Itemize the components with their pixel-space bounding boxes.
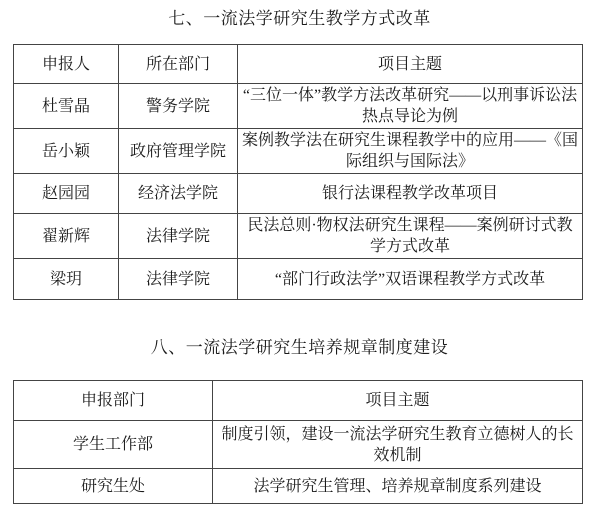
column-header-applicant: 申报人 [14, 45, 119, 84]
topic-cell: 制度引领，建设一流法学研究生教育立德树人的长效机制 [213, 421, 583, 469]
table-row: 学生工作部 制度引领，建设一流法学研究生教育立德树人的长效机制 [14, 421, 583, 469]
section-8-title: 八、一流法学研究生培养规章制度建设 [0, 300, 599, 356]
department-cell: 学生工作部 [14, 421, 213, 469]
applicant-cell: 岳小颖 [14, 129, 119, 174]
section-7-title: 七、一流法学研究生教学方式改革 [0, 0, 599, 27]
table-header-row: 申报人 所在部门 项目主题 [14, 45, 583, 84]
table-row: 梁玥 法律学院 “部门行政法学”双语课程教学方式改革 [14, 259, 583, 300]
topic-cell: 法学研究生管理、培养规章制度系列建设 [213, 469, 583, 504]
table-row: 研究生处 法学研究生管理、培养规章制度系列建设 [14, 469, 583, 504]
column-header-department: 申报部门 [14, 381, 213, 421]
column-header-department: 所在部门 [119, 45, 238, 84]
topic-cell: 民法总则·物权法研究生课程——案例研讨式教学方式改革 [238, 214, 583, 259]
table-row: 岳小颖 政府管理学院 案例教学法在研究生课程教学中的应用——《国际组织与国际法》 [14, 129, 583, 174]
applicant-cell: 赵园园 [14, 174, 119, 214]
applicant-cell: 杜雪晶 [14, 84, 119, 129]
table-row: 翟新辉 法律学院 民法总则·物权法研究生课程——案例研讨式教学方式改革 [14, 214, 583, 259]
table-header-row: 申报部门 项目主题 [14, 381, 583, 421]
column-header-topic: 项目主题 [238, 45, 583, 84]
document-page: 七、一流法学研究生教学方式改革 申报人 所在部门 项目主题 杜雪晶 警务学院 “… [0, 0, 599, 511]
department-cell: 经济法学院 [119, 174, 238, 214]
department-cell: 政府管理学院 [119, 129, 238, 174]
topic-cell: “三位一体”教学方法改革研究——以刑事诉讼法热点导论为例 [238, 84, 583, 129]
department-cell: 法律学院 [119, 214, 238, 259]
department-cell: 警务学院 [119, 84, 238, 129]
table-row: 赵园园 经济法学院 银行法课程教学改革项目 [14, 174, 583, 214]
applicant-cell: 翟新辉 [14, 214, 119, 259]
topic-cell: 案例教学法在研究生课程教学中的应用——《国际组织与国际法》 [238, 129, 583, 174]
department-cell: 法律学院 [119, 259, 238, 300]
table-row: 杜雪晶 警务学院 “三位一体”教学方法改革研究——以刑事诉讼法热点导论为例 [14, 84, 583, 129]
column-header-topic: 项目主题 [213, 381, 583, 421]
topic-cell: 银行法课程教学改革项目 [238, 174, 583, 214]
department-cell: 研究生处 [14, 469, 213, 504]
regulation-building-table: 申报部门 项目主题 学生工作部 制度引领，建设一流法学研究生教育立德树人的长效机… [13, 380, 583, 504]
teaching-reform-table: 申报人 所在部门 项目主题 杜雪晶 警务学院 “三位一体”教学方法改革研究——以… [13, 44, 583, 300]
topic-cell: “部门行政法学”双语课程教学方式改革 [238, 259, 583, 300]
applicant-cell: 梁玥 [14, 259, 119, 300]
